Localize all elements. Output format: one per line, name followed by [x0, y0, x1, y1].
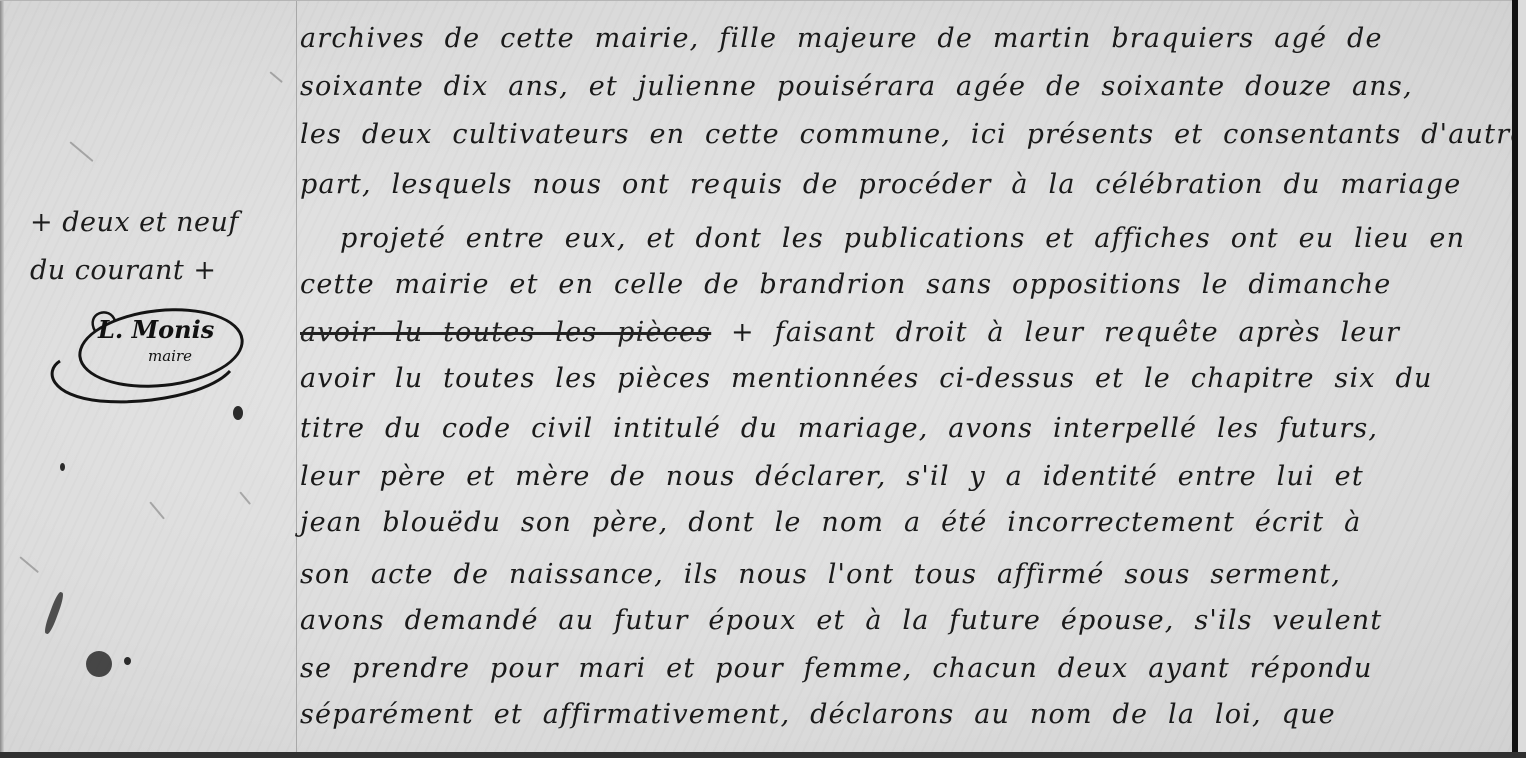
text-line: avoir lu toutes les pièces mentionnées c…: [300, 363, 1433, 409]
struck-text: avoir lu toutes les pièces: [300, 317, 711, 348]
text-line: se prendre pour mari et pour femme, chac…: [300, 653, 1373, 699]
text-line: jean blouëdu son père, dont le nom a été…: [300, 507, 1361, 553]
signature-title: maire: [148, 347, 192, 365]
margin-note-line-1: + deux et neuf: [30, 207, 239, 238]
ink-blot: [86, 651, 112, 677]
text-line: part, lesquels nous ont requis de procéd…: [300, 169, 1461, 215]
bleed-mark: [149, 501, 165, 519]
text-line: avons demandé au futur époux et à la fut…: [300, 605, 1382, 651]
text-line: les deux cultivateurs en cette commune, …: [300, 119, 1512, 165]
bleed-mark: [269, 71, 283, 83]
mayor-signature: L. Monis maire: [40, 301, 250, 411]
ink-speck: [60, 463, 65, 471]
page-left-edge: [0, 1, 4, 753]
bleed-mark: [239, 491, 251, 505]
text-line: séparément et affirmativement, déclarons…: [300, 699, 1336, 745]
text-line-with-deletion: avoir lu toutes les pièces + faisant dro…: [300, 317, 1400, 363]
text-line: projeté entre eux, et dont les publicati…: [340, 223, 1465, 269]
ink-smudge: [43, 591, 66, 635]
text-line: son acte de naissance, ils nous l'ont to…: [300, 559, 1341, 605]
signature-name: L. Monis: [98, 315, 214, 344]
register-page: + deux et neuf du courant + L. Monis mai…: [0, 0, 1512, 753]
page-right-strip: [1518, 0, 1526, 752]
bleed-mark: [19, 556, 39, 573]
text-line: leur père et mère de nous déclarer, s'il…: [300, 461, 1364, 507]
bleed-mark: [69, 141, 93, 162]
text-line: archives de cette mairie, fille majeure …: [300, 23, 1383, 69]
text-line: cette mairie et en celle de brandrion sa…: [300, 269, 1391, 315]
text-line: titre du code civil intitulé du mariage,…: [300, 413, 1378, 459]
image-bottom-bar: [0, 752, 1526, 758]
text-continuation: + faisant droit à leur requête après leu…: [731, 317, 1400, 348]
margin-rule-line: [296, 1, 297, 753]
text-line: soixante dix ans, et julienne pouisérara…: [300, 71, 1413, 117]
margin-note-line-2: du courant +: [30, 255, 216, 286]
ink-speck: [124, 657, 131, 665]
